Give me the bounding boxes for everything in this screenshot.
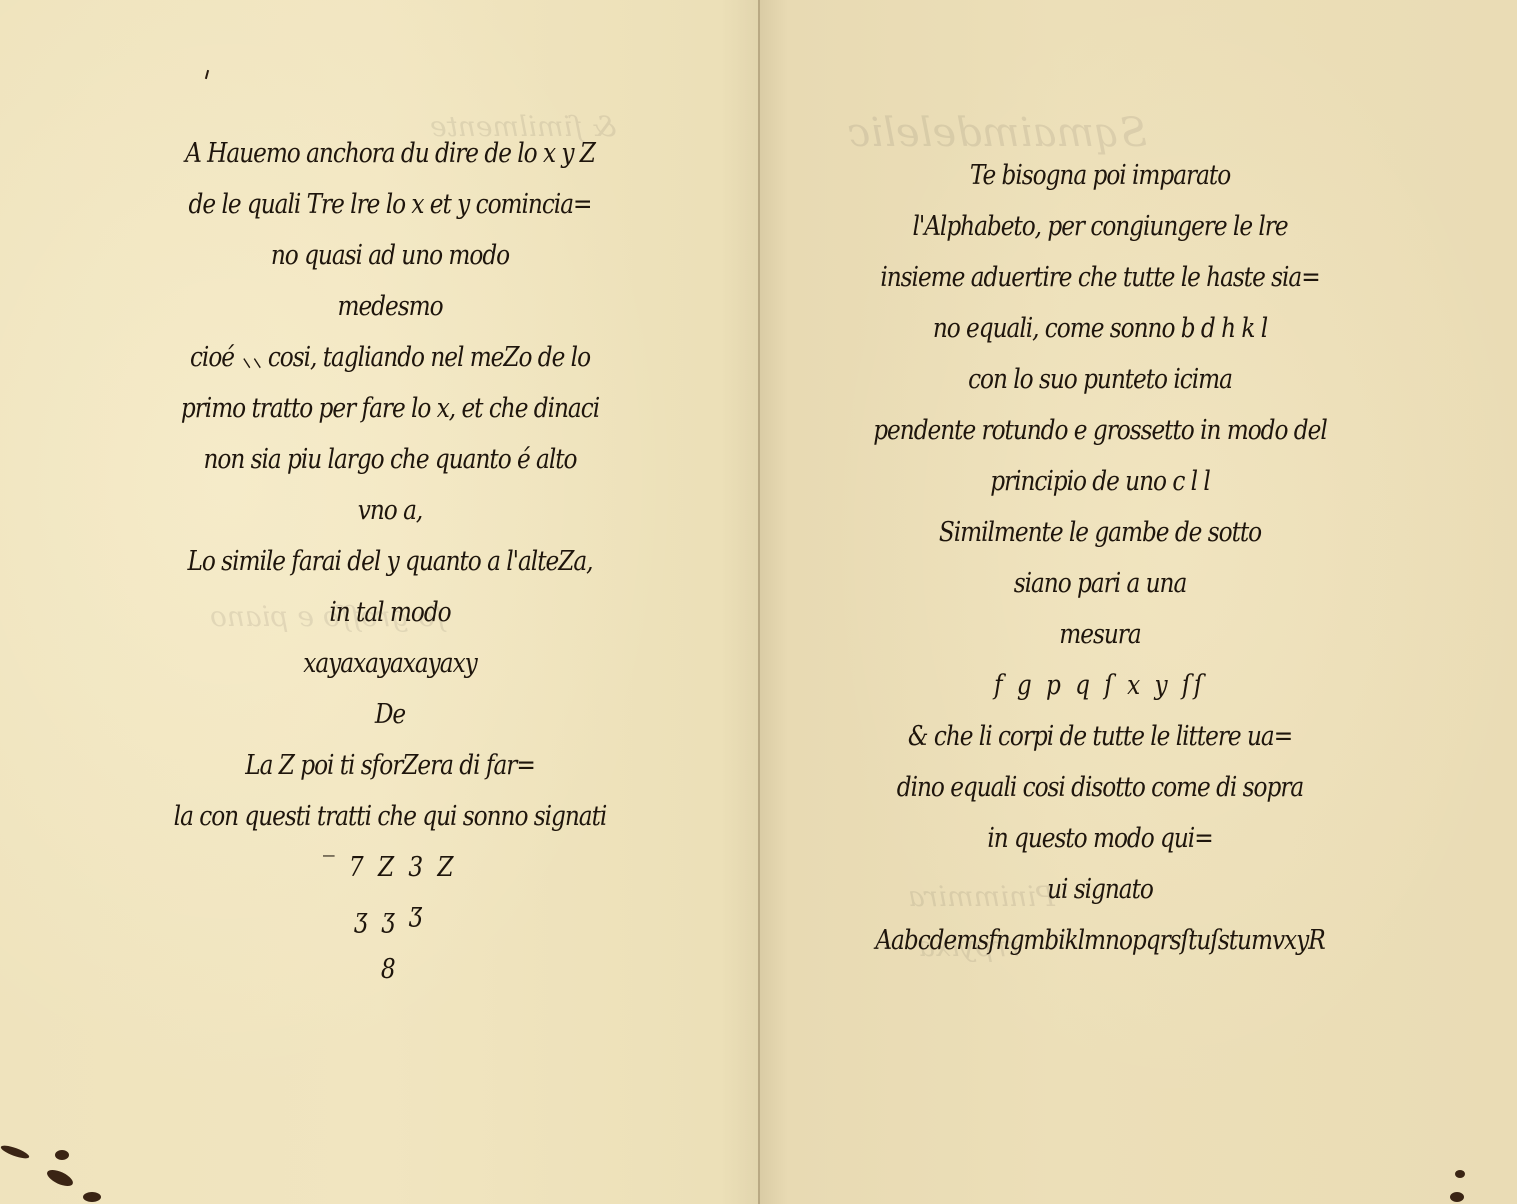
text-line: Te bisogna poi imparato (868, 150, 1332, 201)
text-line: in questo modo qui= (868, 813, 1332, 864)
text-line: La Z poi ti sforZera di far= (158, 740, 622, 791)
text-line: A Hauemo anchora du dire de lo x y Z (158, 128, 622, 179)
text-line: no equali, come sonno b d h k l (868, 303, 1332, 354)
text-line: medesmo (158, 281, 622, 332)
right-page-text: Te bisogna poi imparato l'Alphabeto, per… (868, 150, 1332, 966)
text-line: no quasi ad uno modo (158, 230, 622, 281)
ink-blot (45, 1167, 75, 1190)
left-page-text: A Hauemo anchora du dire de lo x y Z de … (158, 128, 622, 995)
text-line: cioé ⸜⸜ cosi, tagliando nel meZo de lo (158, 332, 622, 383)
text-line: con lo suo punteto icima (868, 354, 1332, 405)
ink-blot (0, 1143, 30, 1161)
ink-speck (205, 70, 209, 79)
text-line: Lo simile farai del y quanto a l'alteZa, (158, 536, 622, 587)
text-line: dino equali cosi disotto come di sopra (868, 762, 1332, 813)
text-line: de le quali Tre lre lo x et y comincia= (158, 179, 622, 230)
letter-sample: xayaxayaxayaxy (158, 638, 622, 689)
text-line: mesura (868, 609, 1332, 660)
letter-sample: f g p q ſ x y ſſ (868, 660, 1332, 711)
left-page: & ſimilmente ſo groſſo e piano A Hauemo … (0, 0, 758, 1204)
ink-blot (1455, 1170, 1465, 1178)
book-gutter (758, 0, 760, 1204)
text-line: la con questi tratti che qui sonno signa… (158, 791, 622, 842)
letter-sample: ʒ ʒ Ʒ (158, 893, 622, 944)
text-line: pendente rotundo e grossetto in modo del (868, 405, 1332, 456)
text-line: & che li corpi de tutte le littere ua= (868, 711, 1332, 762)
text-line: l'Alphabeto, per congiungere le lre (868, 201, 1332, 252)
alphabet-sample: AabcdemsfngmbiklmnopqrsſtuſstumvxyR (868, 915, 1332, 966)
letter-sample: ‾ 7 Z 3 Z (158, 842, 622, 893)
ink-blot (1450, 1192, 1464, 1202)
text-line: De (158, 689, 622, 740)
text-line: primo tratto per fare lo x, et che dinac… (158, 383, 622, 434)
text-line: ui signato (868, 864, 1332, 915)
text-line: principio de uno c l l (868, 456, 1332, 507)
text-line: non sia piu largo che quanto é alto (158, 434, 622, 485)
text-line: insieme aduertire che tutte le haste sia… (868, 252, 1332, 303)
letter-sample: 8 (158, 944, 622, 995)
ink-blot (55, 1150, 69, 1160)
text-line: vno a, (158, 485, 622, 536)
text-line: in tal modo (158, 587, 622, 638)
text-line: Similmente le gambe de sotto (868, 507, 1332, 558)
ink-blot (83, 1192, 101, 1202)
text-line: siano pari a una (868, 558, 1332, 609)
